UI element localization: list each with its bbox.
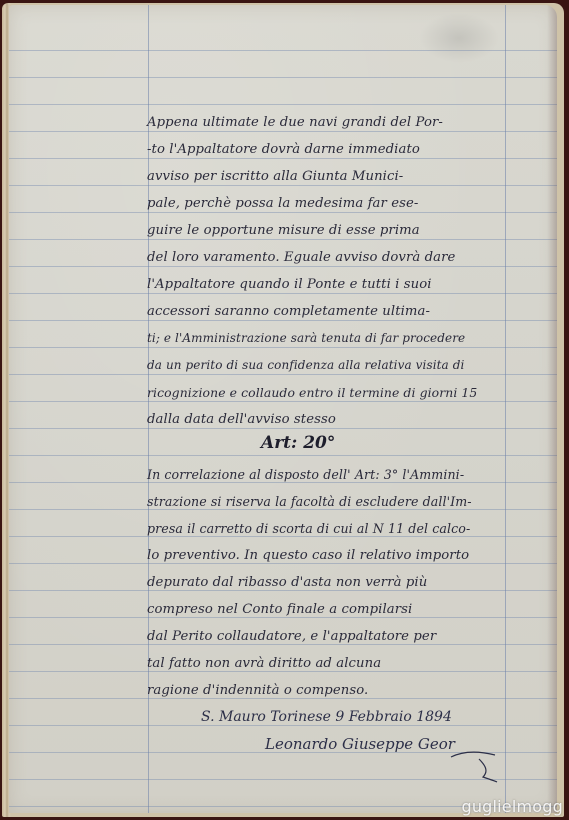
- text-line: ragione d'indennità o compenso.: [147, 683, 507, 698]
- text-line: dal Perito collaudatore, e l'appaltatore…: [147, 629, 507, 644]
- text-line: depurato dal ribasso d'asta non verrà pi…: [147, 575, 507, 590]
- text-line: del loro varamento. Eguale avviso dovrà …: [147, 250, 507, 265]
- text-line: lo preventivo. In questo caso il relativ…: [147, 548, 507, 563]
- text-line: avviso per iscritto alla Giunta Munici-: [147, 169, 507, 184]
- signature-name: Leonardo Giuseppe Geor: [265, 735, 455, 753]
- text-line: presa il carretto di scorta di cui al N …: [147, 521, 507, 536]
- text-line: ti; e l'Amministrazione sarà tenuta di f…: [147, 331, 507, 345]
- text-line: ricognizione e collaudo entro il termine…: [147, 385, 507, 400]
- text-line: guire le opportune misure di esse prima: [147, 223, 507, 238]
- text-line: Appena ultimate le due navi grandi del P…: [147, 115, 507, 130]
- text-line: strazione si riserva la facoltà di esclu…: [147, 494, 507, 509]
- text-line: -to l'Appaltatore dovrà darne immediato: [147, 142, 507, 157]
- text-line: compreso nel Conto finale a compilarsi: [147, 602, 507, 617]
- ledger-page: Appena ultimate le due navi grandi del P…: [9, 5, 557, 813]
- page-edge-shadow: [547, 5, 557, 813]
- signature-place-date: S. Mauro Torinese 9 Febbraio 1894: [201, 709, 452, 725]
- text-line: da un perito di sua confidenza alla rela…: [147, 358, 507, 372]
- handwritten-text: Appena ultimate le due navi grandi del P…: [9, 5, 557, 813]
- signature-flourish-icon: [449, 747, 499, 783]
- article-heading: Art: 20°: [261, 433, 335, 453]
- text-line: In correlazione al disposto dell' Art: 3…: [147, 467, 507, 482]
- text-line: dalla data dell'avviso stesso: [147, 412, 507, 427]
- text-line: pale, perchè possa la medesima far ese-: [147, 196, 507, 211]
- photographer-watermark: guglielmogg: [461, 797, 563, 816]
- text-line: tal fatto non avrà diritto ad alcuna: [147, 656, 507, 671]
- text-line: accessori saranno completamente ultima-: [147, 304, 507, 319]
- text-line: l'Appaltatore quando il Ponte e tutti i …: [147, 277, 507, 292]
